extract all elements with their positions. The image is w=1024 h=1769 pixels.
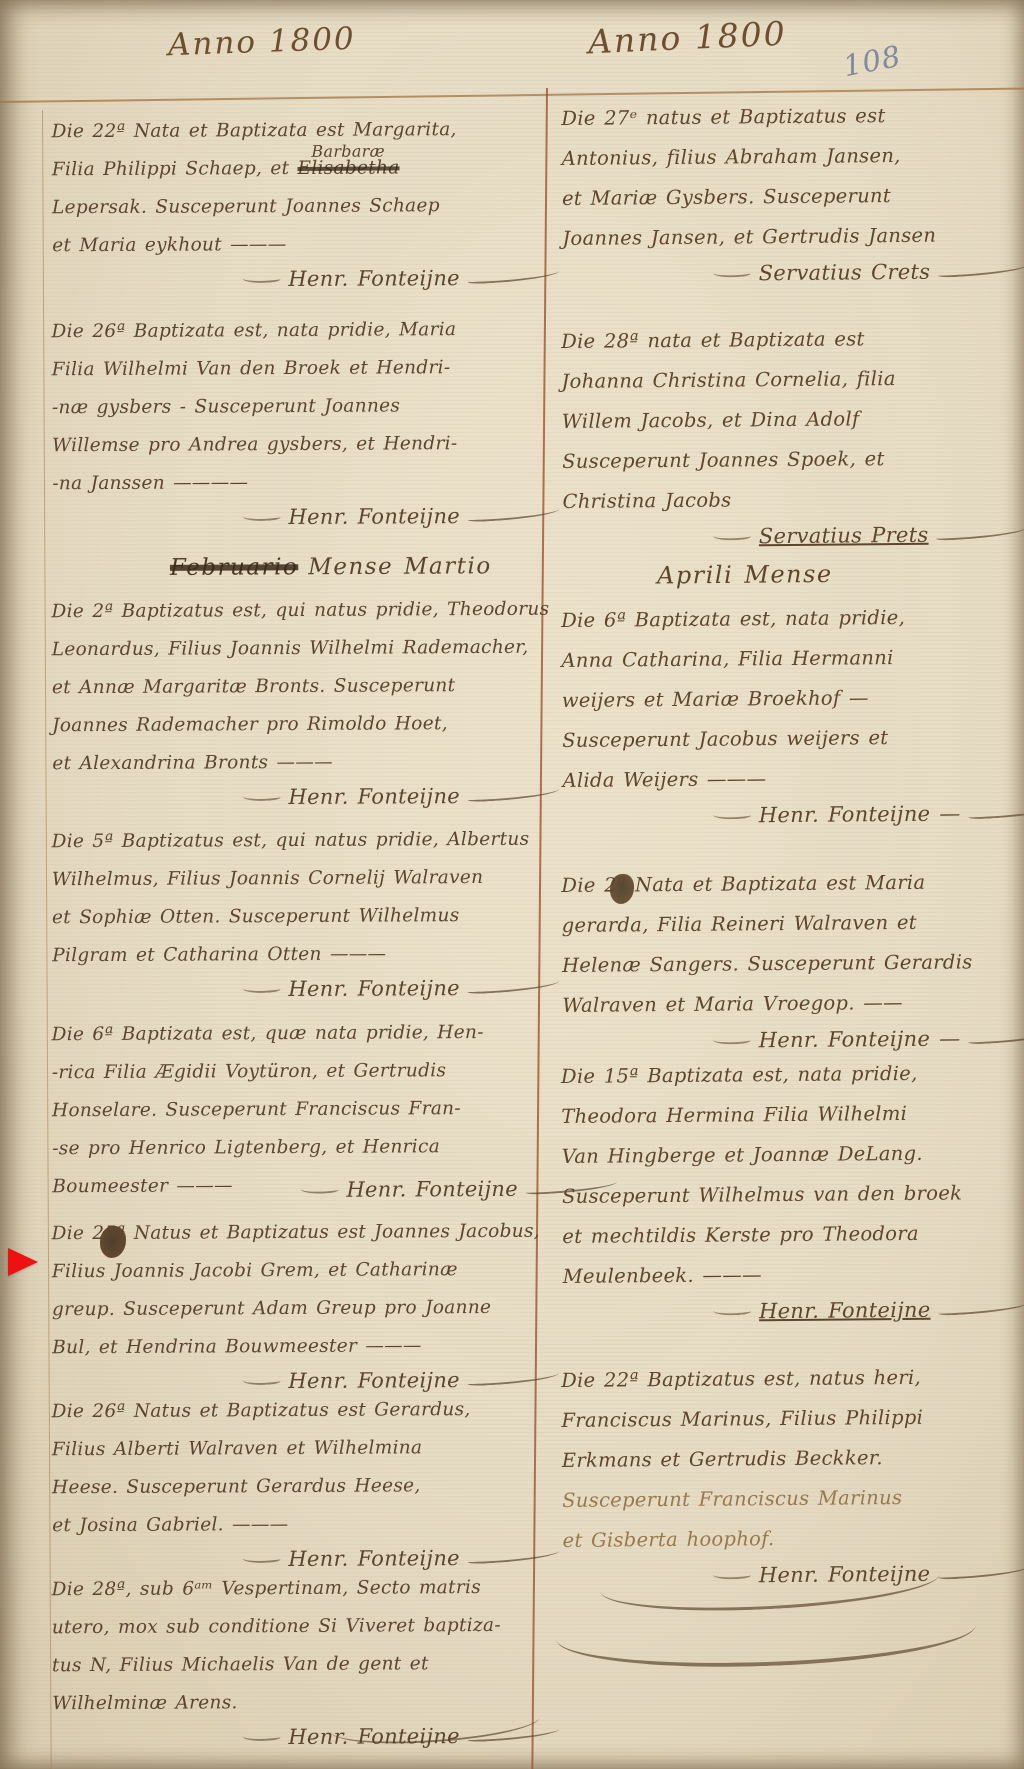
- month-heading: Aprili Mense: [562, 552, 1024, 597]
- entry-line: et Sophiæ Otten. Susceperunt Wilhelmus: [52, 897, 528, 937]
- entry-line: -se pro Henrico Ligtenberg, et Henrica: [52, 1128, 528, 1168]
- month-title: Aprili Mense: [657, 560, 833, 590]
- entry-line: Die 2ª Baptizatus est, qui natus pridie,…: [51, 591, 527, 631]
- entry-line: Die 28ª, sub 6ᵃᵐ Vespertinam, Secto matr…: [52, 1569, 528, 1609]
- baptism-entry-marked: Die 25ª Natus et Baptizatus est Joannes …: [52, 1213, 529, 1401]
- entry-line: Die 28ª nata et Baptizata est: [561, 318, 1011, 362]
- entry-line: Die 22ª Baptizatus est, natus heri,: [561, 1357, 1011, 1401]
- baptism-entry: Die 26ª Natus et Baptizatus est Gerardus…: [52, 1391, 529, 1579]
- baptism-entry: Die 27ᵉ natus et Baptizatus est Antonius…: [561, 95, 1013, 295]
- entry-line: Susceperunt Joannes Spoek, et: [562, 438, 1012, 482]
- entry-line: Susceperunt Franciscus Marinus: [562, 1477, 1012, 1521]
- baptism-entry: Die 28ª nata et Baptizata est Johanna Ch…: [561, 318, 1013, 558]
- baptism-entry: Die 5ª Baptizatus est, qui natus pridie,…: [52, 821, 529, 1009]
- column-divider-line: [531, 88, 548, 1769]
- entry-line: et mechtildis Kerste pro Theodora: [562, 1213, 1012, 1257]
- entry-line: et Annæ Margaritæ Bronts. Susceperunt: [52, 667, 528, 707]
- baptism-entry: Die 2ª Baptizatus est, qui natus pridie,…: [51, 591, 528, 817]
- month-title: Mense Martio: [308, 553, 492, 580]
- entry-line: Die 22ª Nata et Baptizata est Margarita,: [52, 111, 528, 151]
- baptism-entry: Die 26ª Baptizata est, nata pridie, Mari…: [51, 311, 528, 537]
- entry-line: Theodora Hermina Filia Wilhelmi: [561, 1093, 1011, 1137]
- entry-line: Filius Joannis Jacobi Grem, et Catharinæ: [52, 1251, 528, 1291]
- entry-line: greup. Susceperunt Adam Greup pro Joanne: [52, 1289, 528, 1329]
- year-heading-right: Anno 1800: [587, 14, 787, 62]
- entry-line: Honselare. Susceperunt Franciscus Fran-: [52, 1090, 528, 1130]
- entry-line: Die 27ᵉ natus et Baptizatus est: [561, 95, 1011, 139]
- entry-line: -rica Filia Ægidii Voytüron, et Gertrudi…: [52, 1052, 528, 1092]
- left-margin-line: [42, 110, 52, 1769]
- entry-line: Filia Philippi Schaep, et BarbaræElisabe…: [52, 149, 528, 189]
- entry-line: Anna Catharina, Filia Hermanni: [561, 637, 1011, 681]
- entry-line: Die 6ª Baptizata est, nata pridie,: [561, 597, 1011, 641]
- inserted-word: BarbaræElisabetha: [297, 149, 399, 188]
- entry-line: Erkmans et Gertrudis Beckker.: [562, 1437, 1012, 1481]
- entry-line: Die 26ª Natus et Baptizatus est Gerardus…: [52, 1391, 528, 1431]
- entry-line: Die 26ª Baptizata est, nata pridie, Mari…: [51, 311, 527, 351]
- entry-line: Die 2ª Nata et Baptizata est Maria: [561, 862, 1011, 906]
- entry-line: tus N, Filius Michaelis Van de gent et: [52, 1645, 528, 1685]
- baptism-entry: Die 6ª Baptizata est, nata pridie, Anna …: [561, 597, 1013, 837]
- year-heading-left: Anno 1800: [167, 21, 356, 64]
- entry-line: Die 6ª Baptizata est, quæ nata pridie, H…: [51, 1014, 527, 1054]
- entry-line: Susceperunt Jacobus weijers et: [562, 717, 1012, 761]
- red-arrow-marker: [8, 1248, 38, 1276]
- entry-line: Helenæ Sangers. Susceperunt Gerardis: [562, 942, 1012, 986]
- entry-line: Willem Jacobs, et Dina Adolf: [562, 398, 1012, 442]
- entry-line: Die 5ª Baptizatus est, qui natus pridie,…: [52, 821, 528, 861]
- pen-flourish: [555, 1591, 977, 1674]
- baptism-entry: Die 6ª Baptizata est, quæ nata pridie, H…: [51, 1014, 528, 1210]
- struck-month-word: Februario: [170, 554, 298, 581]
- page-number: 108: [840, 39, 904, 84]
- entry-line: Wilhelmus, Filius Joannis Cornelij Walra…: [52, 859, 528, 899]
- entry-line: Filia Wilhelmi Van den Broek et Hendri-: [52, 349, 528, 389]
- inserted-word-above: Barbaræ: [311, 133, 385, 171]
- entry-line: utero, mox sub conditione Si Viveret bap…: [52, 1607, 528, 1647]
- entry-text: Filia Philippi Schaep, et: [52, 158, 298, 180]
- entry-line: Franciscus Marinus, Filius Philippi: [561, 1397, 1011, 1441]
- baptism-entry: Die 2ª Nata et Baptizata est Maria gerar…: [561, 862, 1013, 1062]
- entry-line: Die 15ª Baptizata est, nata pridie,: [561, 1053, 1011, 1097]
- entry-line: Filius Alberti Walraven et Wilhelmina: [52, 1429, 528, 1469]
- entry-line: et Mariæ Gysbers. Susceperunt: [562, 175, 1012, 219]
- month-heading: FebruarioMense Martio: [52, 544, 646, 589]
- entry-line: -næ gysbers - Susceperunt Joannes: [52, 387, 528, 427]
- entry-line: Antonius, filius Abraham Jansen,: [562, 135, 1012, 179]
- entry-line: Joannes Rademacher pro Rimoldo Hoet,: [52, 705, 528, 745]
- baptism-entry: Die 22ª Nata et Baptizata est Margarita,…: [52, 111, 529, 299]
- baptism-entry: Die 15ª Baptizata est, nata pridie, Theo…: [561, 1053, 1013, 1333]
- entry-line: Susceperunt Wilhelmus van den broek: [562, 1173, 1012, 1217]
- entry-line: Willemse pro Andrea gysbers, et Hendri-: [52, 425, 528, 465]
- manuscript-page: Anno 1800 Anno 1800 108 Die 22ª Nata et …: [0, 0, 1024, 1769]
- entry-line: Johanna Christina Cornelia, filia: [561, 358, 1011, 402]
- entry-line: Van Hingberge et Joannæ DeLang.: [562, 1133, 1012, 1177]
- entry-line: weijers et Mariæ Broekhof —: [562, 677, 1012, 721]
- entry-line: Heese. Susceperunt Gerardus Heese,: [52, 1467, 528, 1507]
- entry-line: gerarda, Filia Reineri Walraven et: [562, 902, 1012, 946]
- entry-line: Lepersak. Susceperunt Joannes Schaep: [52, 187, 528, 227]
- entry-line: Leonardus, Filius Joannis Wilhelmi Radem…: [52, 629, 528, 669]
- entry-line: Die 25ª Natus et Baptizatus est Joannes …: [52, 1213, 528, 1253]
